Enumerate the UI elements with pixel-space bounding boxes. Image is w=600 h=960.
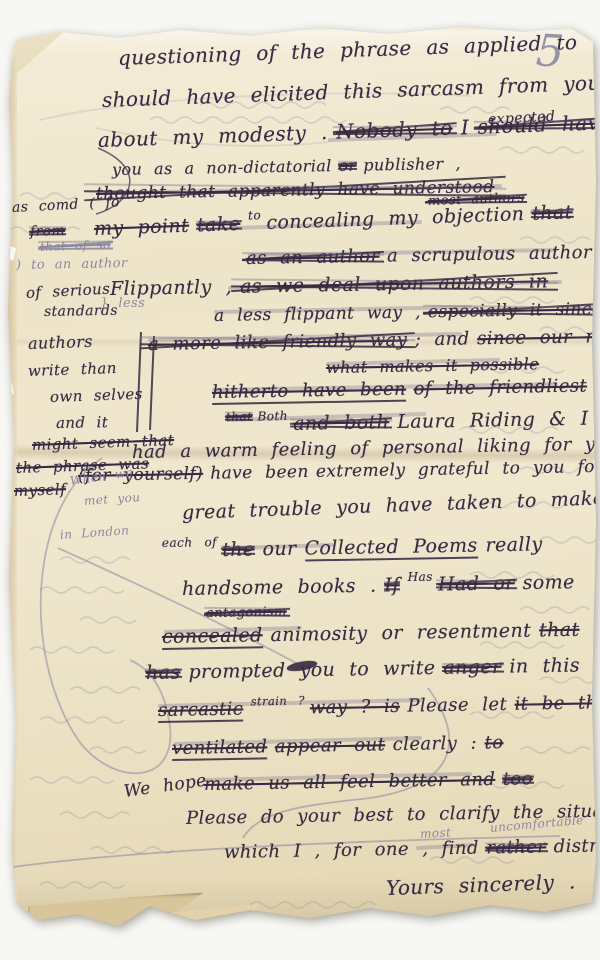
margin-note: authors bbox=[28, 332, 100, 353]
body-line-12: hitherto have beenof the friendliest bbox=[212, 375, 595, 405]
text-segment: from bbox=[30, 223, 66, 240]
text-segment: write than bbox=[28, 359, 117, 380]
text-segment: that bbox=[539, 619, 580, 642]
margin-note: and it bbox=[56, 413, 115, 432]
text-segment: } less bbox=[100, 296, 145, 311]
text-segment: of the friendliest bbox=[413, 375, 587, 399]
text-segment: have bbox=[596, 407, 600, 430]
paper-wrap: questioning of the phrase as applied to … bbox=[0, 0, 600, 960]
text-segment: should have elicited this sarcasm from y… bbox=[102, 71, 600, 112]
body-line-17: each oftheourCollected Poemsreally bbox=[162, 533, 551, 564]
insert-struck-2: antagonism bbox=[206, 604, 292, 621]
text-segment: in this bbox=[509, 654, 580, 677]
pencil-most: most bbox=[420, 825, 457, 841]
text-segment: great trouble you have taken to make bbox=[182, 487, 600, 524]
text-segment: that bbox=[226, 410, 253, 424]
text-segment: myself bbox=[14, 480, 67, 500]
text-segment: I bbox=[461, 115, 470, 139]
page-number: 5 bbox=[535, 25, 566, 77]
text-segment: my point bbox=[94, 215, 190, 240]
margin-note: write than bbox=[28, 359, 124, 380]
text-segment: you as a non-dictatorial bbox=[112, 156, 332, 179]
text-segment: and it bbox=[56, 413, 109, 432]
text-segment: it be this bbox=[514, 692, 600, 715]
text-segment: publisher , bbox=[363, 154, 461, 175]
margin-note: ) to an author bbox=[16, 256, 133, 273]
text-segment: questioning of the phrase as applied to … bbox=[118, 27, 600, 70]
body-line-7: as an authora scrupulous author in bbox=[246, 241, 600, 269]
text-segment: met you bbox=[84, 490, 141, 508]
text-segment: about my modesty . bbox=[98, 120, 329, 152]
text-segment: or bbox=[338, 156, 356, 175]
text-segment: especially it since bbox=[428, 299, 600, 322]
text-segment: take bbox=[197, 213, 241, 236]
text-segment: If bbox=[384, 574, 400, 596]
text-segment: really bbox=[485, 533, 542, 556]
margin-note: myself bbox=[14, 480, 73, 500]
text-segment: which I , for one , find bbox=[224, 838, 479, 863]
body-line-2: should have elicited this sarcasm from y… bbox=[102, 70, 600, 112]
body-line-13: thatBothand bothLaura Riding & Ihave bbox=[226, 407, 600, 436]
text-segment: a less flippant way , bbox=[214, 302, 421, 326]
edge-tear bbox=[0, 383, 14, 396]
text-segment: our bbox=[262, 538, 296, 561]
text-segment: handsome books . bbox=[182, 575, 377, 600]
text-segment: Collected Poems bbox=[304, 534, 478, 561]
text-segment: way ? is bbox=[310, 696, 400, 719]
body-line-20: hasprompted you to writeangerin this bbox=[146, 654, 588, 684]
text-segment: most bbox=[420, 825, 452, 841]
body-line-6: my pointtaketoconcealing my objectiontha… bbox=[94, 201, 581, 240]
text-segment: concealing my objection bbox=[266, 203, 525, 234]
text-segment: that bbox=[532, 201, 573, 224]
text-segment: to bbox=[484, 732, 503, 753]
margin-note: } less bbox=[100, 296, 151, 311]
text-segment: the bbox=[222, 538, 255, 561]
text-segment: has bbox=[146, 661, 181, 684]
text-segment: own selves bbox=[50, 385, 143, 406]
scanned-manuscript: questioning of the phrase as applied to … bbox=[0, 0, 600, 960]
margin-note: from bbox=[30, 223, 72, 240]
pencil-note: met you bbox=[84, 490, 146, 508]
text-segment: as we deal upon authors in bbox=[240, 270, 548, 297]
body-line-8: Flippantly ,as we deal upon authors in bbox=[110, 270, 557, 300]
text-segment: We hope bbox=[123, 771, 208, 802]
body-line-25: which I , for one , findratherdistressin… bbox=[224, 834, 600, 863]
text-segment: clearly : bbox=[393, 733, 478, 755]
text-segment: rather bbox=[486, 836, 546, 858]
manuscript-page: questioning of the phrase as applied to … bbox=[0, 0, 600, 960]
text-segment: Both bbox=[257, 409, 288, 424]
text-segment: ventilated bbox=[172, 736, 268, 761]
text-segment: ) to an author bbox=[16, 256, 128, 273]
frayed-left-edge bbox=[6, 55, 17, 900]
body-line-23: make us all feel better andtoo bbox=[204, 768, 541, 795]
text-segment: each of bbox=[162, 535, 217, 550]
text-segment: appear out bbox=[275, 734, 386, 757]
body-line-19: concealedanimosity or resentmentthat bbox=[162, 619, 588, 650]
text-segment: as comd ( fo bbox=[12, 194, 121, 216]
text-segment: Has bbox=[407, 570, 433, 584]
text-segment: extremely grateful to you for the bbox=[316, 456, 600, 482]
body-line-10: a more like friendly way; andsince our r… bbox=[148, 325, 600, 355]
text-segment: since our relations bbox=[477, 325, 600, 349]
text-segment: Yours sincerely . bbox=[386, 869, 576, 900]
body-line-18: handsome books .IfHasHad orsome bbox=[182, 571, 583, 600]
body-line-21: sarcasticstrain ?way ? isPlease letit be… bbox=[158, 692, 600, 723]
text-segment: prompted you to write bbox=[188, 657, 435, 683]
body-line-22: ventilatedappear outclearly :to bbox=[172, 732, 511, 761]
text-segment: ; and bbox=[415, 328, 470, 350]
text-segment: too bbox=[503, 768, 533, 790]
text-segment: in London bbox=[60, 523, 130, 542]
text-segment: Nobody to bbox=[336, 116, 453, 144]
torn-corner bbox=[8, 30, 66, 74]
text-segment: Please let bbox=[407, 694, 507, 717]
text-segment: that of so bbox=[40, 238, 111, 254]
text-segment: strain ? bbox=[251, 693, 305, 708]
text-segment: of serious bbox=[26, 280, 111, 302]
text-segment: a more like friendly way bbox=[148, 329, 408, 355]
text-segment: some bbox=[522, 571, 574, 594]
signature: Yours sincerely . bbox=[386, 869, 585, 900]
text-segment: a scrupulous author in bbox=[387, 241, 600, 266]
text-segment: Had or bbox=[438, 572, 515, 595]
body-line-4: you as a non-dictatorialorpublisher , bbox=[112, 154, 468, 179]
body-line-16: great trouble you have taken to make bbox=[182, 487, 600, 524]
text-segment: sarcastic bbox=[158, 699, 244, 723]
text-segment: anger bbox=[443, 656, 501, 679]
text-segment: as an author bbox=[246, 246, 380, 269]
text-segment: to bbox=[248, 208, 261, 222]
margin-note: own selves bbox=[50, 385, 150, 406]
text-segment: and both bbox=[293, 411, 389, 435]
text-segment: make us all feel better and bbox=[204, 769, 496, 795]
body-line-1: questioning of the phrase as applied to … bbox=[118, 27, 600, 70]
margin-note: as comd ( fo bbox=[12, 194, 127, 216]
text-segment: have been bbox=[210, 462, 309, 484]
body-line-9: a less flippant way ,especially it since… bbox=[214, 298, 600, 326]
margin-note: that of so bbox=[40, 237, 116, 254]
we-hope-note: We hope bbox=[123, 770, 215, 802]
text-segment: animosity or resentment bbox=[270, 620, 531, 647]
text-segment: distressing . bbox=[554, 834, 600, 857]
text-segment: authors bbox=[28, 332, 93, 353]
body-line-11: what makes it possible bbox=[326, 354, 546, 377]
text-segment: concealed bbox=[162, 624, 263, 650]
text-segment: hitherto have been bbox=[212, 379, 406, 405]
text-segment: what makes it possible bbox=[326, 354, 539, 377]
pencil-note: in London bbox=[60, 523, 135, 542]
text-segment: Laura Riding & I bbox=[397, 408, 589, 433]
text-segment: antagonism bbox=[206, 605, 287, 621]
